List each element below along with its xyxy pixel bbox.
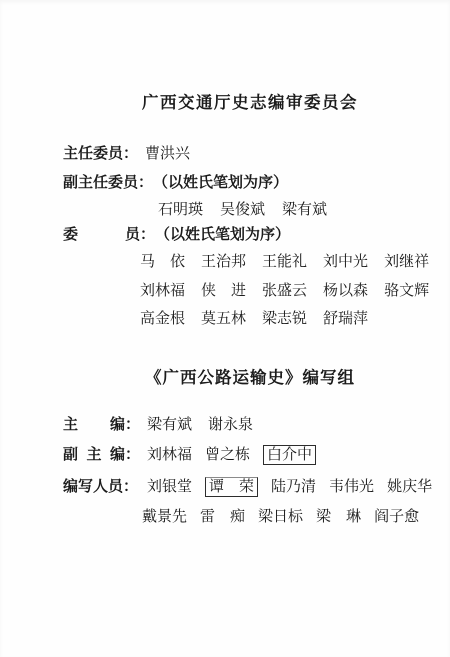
sort-order-note: （以姓氏笔划为序） (155, 226, 290, 243)
members-label-row: 委 员： （以姓氏笔划为序） (63, 226, 290, 243)
deputy-editor-label-part: 编： (110, 446, 140, 463)
staff-names-1: 刘银堂 谭 荣 陆乃清 韦伟光 姚庆华 (147, 477, 432, 497)
editorial-group-title: 《广西公路运输史》编写组 (70, 369, 430, 388)
vice-chairman-name: 吴俊斌 (220, 201, 265, 218)
chairman-label: 主任委员： (63, 145, 138, 162)
staff-name: 陆乃清 (271, 478, 316, 495)
member-name: 王治邦 (201, 253, 246, 270)
staff-name: 刘银堂 (147, 478, 192, 495)
chief-editor-name: 谢永泉 (208, 416, 253, 433)
vice-chairman-name: 梁有斌 (282, 201, 327, 218)
staff-row-2: 戴景先 雷 痴 梁日标 梁 琳 阎子愈 (142, 508, 419, 525)
members-row-1: 马 依 王治邦 王能礼 刘中光 刘继祥 (140, 253, 429, 270)
member-name: 高金根 (140, 310, 185, 327)
deputy-editor-label-part: 副 (63, 446, 78, 463)
vice-chairman-name: 石明瑛 (158, 201, 203, 218)
chief-editor-name: 梁有斌 (147, 416, 192, 433)
deputy-editor-name: 刘林福 (147, 446, 192, 463)
member-name: 刘继祥 (384, 253, 429, 270)
members-label-part: 委 (63, 226, 78, 243)
member-name: 张盛云 (262, 282, 307, 299)
staff-name: 戴景先 (142, 508, 187, 525)
sort-order-note: （以姓氏笔划为序） (153, 174, 288, 191)
member-name: 梁志锐 (262, 310, 307, 327)
member-name: 王能礼 (262, 253, 307, 270)
scanned-document-page: 广西交通厅史志编审委员会 主任委员： 曹洪兴 副主任委员： （以姓氏笔划为序） … (0, 0, 450, 657)
committee-title: 广西交通厅史志编审委员会 (70, 94, 430, 113)
member-name: 舒瑞萍 (323, 310, 368, 327)
staff-name: 姚庆华 (387, 478, 432, 495)
member-name: 马 依 (140, 253, 185, 270)
chief-editor-row: 主 编： 梁有斌 谢永泉 (63, 416, 253, 433)
member-name: 侠 进 (201, 282, 246, 299)
member-name: 刘林福 (140, 282, 185, 299)
member-name: 骆文辉 (384, 282, 429, 299)
member-name: 杨以森 (323, 282, 368, 299)
members-row-2: 刘林福 侠 进 张盛云 杨以森 骆文辉 (140, 282, 429, 299)
member-name: 刘中光 (323, 253, 368, 270)
members-label: 委 员： (63, 226, 155, 243)
chairman-row: 主任委员： 曹洪兴 (63, 145, 190, 162)
members-label-part: 员： (125, 226, 155, 243)
staff-label: 编写人员： (63, 478, 140, 495)
chief-editor-label-part: 主 (63, 416, 78, 433)
deputy-editor-row: 副 主 编： 刘林福 曾之栋 白介中 (63, 445, 316, 465)
staff-name: 梁日标 (258, 508, 303, 525)
staff-name: 韦伟光 (329, 478, 374, 495)
chairman-name: 曹洪兴 (145, 145, 190, 162)
deputy-editor-label-part: 主 (86, 446, 101, 463)
staff-name: 阎子愈 (374, 508, 419, 525)
chief-editor-names: 梁有斌 谢永泉 (147, 416, 253, 433)
staff-name-deceased-box: 谭 荣 (205, 477, 258, 497)
chief-editor-label-part: 编： (110, 416, 140, 433)
vice-chairman-label: 副主任委员： (63, 174, 153, 191)
vice-chairman-row: 副主任委员： （以姓氏笔划为序） (63, 174, 288, 191)
staff-name: 雷 痴 (200, 508, 245, 525)
member-name: 莫五林 (201, 310, 246, 327)
staff-name: 梁 琳 (316, 508, 361, 525)
deputy-editor-name: 曾之栋 (205, 446, 250, 463)
deputy-editor-label: 副 主 编： (63, 446, 140, 463)
members-row-3: 高金根 莫五林 梁志锐 舒瑞萍 (140, 310, 368, 327)
staff-row-1: 编写人员： 刘银堂 谭 荣 陆乃清 韦伟光 姚庆华 (63, 477, 432, 497)
deputy-editor-name-deceased-box: 白介中 (263, 445, 316, 465)
chief-editor-label: 主 编： (63, 416, 140, 433)
deputy-editor-names: 刘林福 曾之栋 白介中 (147, 445, 316, 465)
vice-chairman-names: 石明瑛 吴俊斌 梁有斌 (158, 201, 327, 218)
